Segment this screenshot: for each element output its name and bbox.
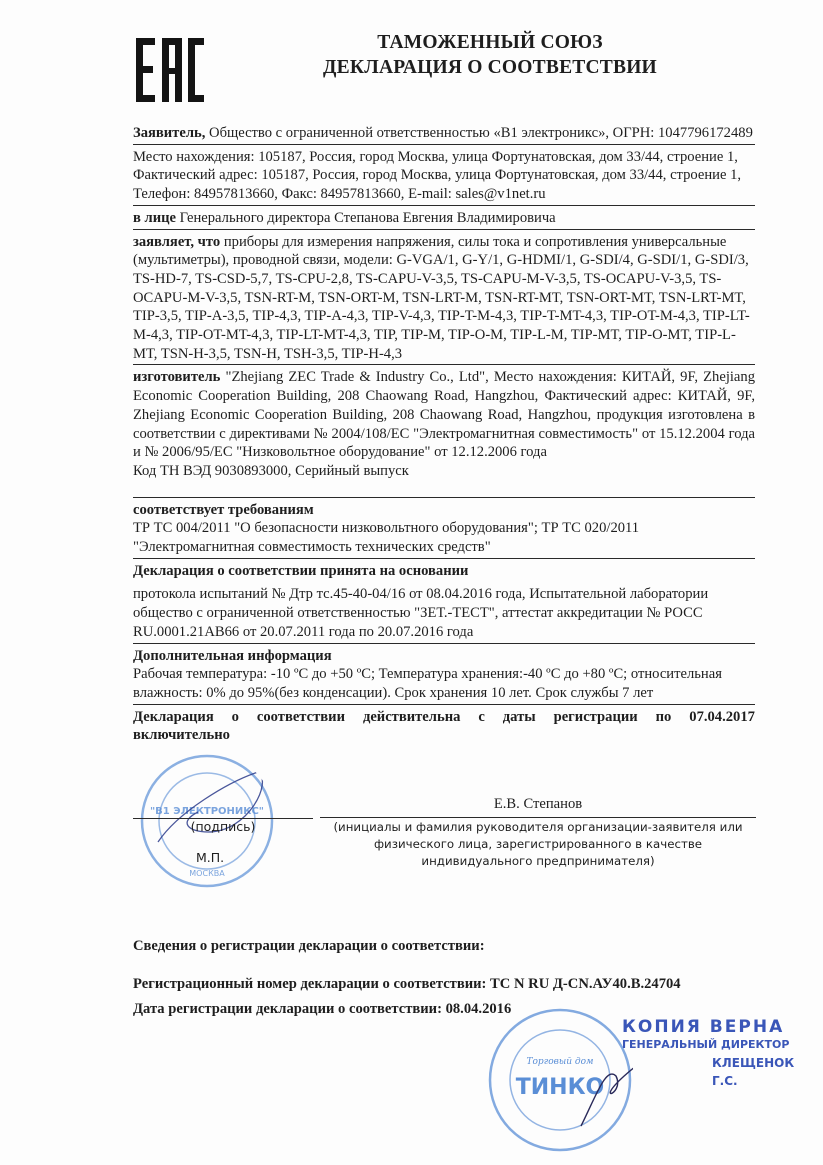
copy-true-label: КОПИЯ ВЕРНА [622,1018,823,1036]
address-section: Место нахождения: 105187, Россия, город … [133,148,755,206]
manufacturer-text: "Zhejiang ZEC Trade & Industry Co., Ltd"… [133,369,755,460]
representative-text: Генерального директора Степанова Евгения… [176,210,556,226]
svg-text:"В1 ЭЛЕКТРОНИКС": "В1 ЭЛЕКТРОНИКС" [150,806,264,817]
declares-label: заявляет, что [133,234,220,250]
validity-word: с [478,708,484,727]
validity-word: даты [503,708,536,727]
requirements-section: соответствует требованиям ТР ТС 004/2011… [133,501,755,559]
validity-word: о [232,708,239,727]
copy-certification-stamp: КОПИЯ ВЕРНА ГЕНЕРАЛЬНЫЙ ДИРЕКТОР КЛЕЩЕНО… [622,1018,823,1090]
header-union: ТАМОЖЕННЫЙ СОЮЗ [260,30,720,55]
basis-title: Декларация о соответствии принята на осн… [133,563,468,579]
svg-text:ТИНКО: ТИНКО [516,1075,605,1100]
signatory-caption: (инициалы и фамилия руководителя организ… [320,817,756,870]
signatory-name: Е.В. Степанов [320,796,756,813]
validity-section: Декларация о соответствии действительна … [133,708,755,746]
basis-section: Декларация о соответствии принята на осн… [133,562,755,582]
validity-date: 07.04.2017 [689,708,755,727]
validity-word: регистрации [554,708,638,727]
additional-text: Рабочая температура: -10 ºС до +50 ºС; Т… [133,665,755,702]
representative-section: в лице Генерального директора Степанова … [133,209,755,230]
declares-section: заявляет, что приборы для измерения напр… [133,233,755,366]
applicant-section: Заявитель, Общество с ограниченной ответ… [133,124,755,145]
validity-line: Декларация о соответствии действительна … [133,708,755,727]
header-title: ДЕКЛАРАЦИЯ О СООТВЕТСТВИИ [260,55,720,80]
declares-text: приборы для измерения напряжения, силы т… [133,234,750,362]
copy-seal-icon: Торговый дом ТИНКО [486,1006,634,1154]
validity-word: Декларация [133,708,214,727]
declaration-body: Заявитель, Общество с ограниченной ответ… [133,124,755,749]
copy-director-name: КЛЕЩЕНОК Г.С. [712,1054,823,1090]
validity-word: соответствии [257,708,345,727]
validity-word: по [656,708,672,727]
requirements-text: ТР ТС 004/2011 "О безопасности низковоль… [133,519,755,556]
registration-title: Сведения о регистрации декларации о соот… [133,938,485,955]
additional-title: Дополнительная информация [133,648,332,664]
applicant-label: Заявитель, [133,125,205,141]
hs-code: Код ТН ВЭД 9030893000, Серийный выпуск [133,462,755,481]
registration-number: Регистрационный номер декларации о соотв… [133,976,681,993]
requirements-title: соответствует требованиям [133,502,314,518]
basis-text-section: протокола испытаний № Дтр тс.45-40-04/16… [133,585,755,643]
manufacturer-label: изготовитель [133,369,220,385]
representative-label: в лице [133,210,176,226]
validity-inclusive: включительно [133,727,230,743]
svg-text:Торговый дом: Торговый дом [527,1057,594,1067]
additional-section: Дополнительная информация Рабочая темпер… [133,647,755,705]
declaration-document: ТАМОЖЕННЫЙ СОЮЗ ДЕКЛАРАЦИЯ О СООТВЕТСТВИ… [0,0,823,1165]
registration-date: Дата регистрации декларации о соответств… [133,1001,511,1018]
eac-logo [136,38,206,102]
document-header: ТАМОЖЕННЫЙ СОЮЗ ДЕКЛАРАЦИЯ О СООТВЕТСТВИ… [260,30,720,80]
basis-text: протокола испытаний № Дтр тс.45-40-04/16… [133,585,755,641]
validity-word: действительна [363,708,460,727]
applicant-text: Общество с ограниченной ответственностью… [205,125,752,141]
signature-caption: (подпись) [133,818,313,834]
address-text: Место нахождения: 105187, Россия, город … [133,149,741,202]
copy-director-label: ГЕНЕРАЛЬНЫЙ ДИРЕКТОР [622,1036,823,1054]
seal-place-caption: М.П. [196,850,224,865]
svg-text:МОСКВА: МОСКВА [189,869,225,878]
manufacturer-section: изготовитель "Zhejiang ZEC Trade & Indus… [133,368,755,497]
